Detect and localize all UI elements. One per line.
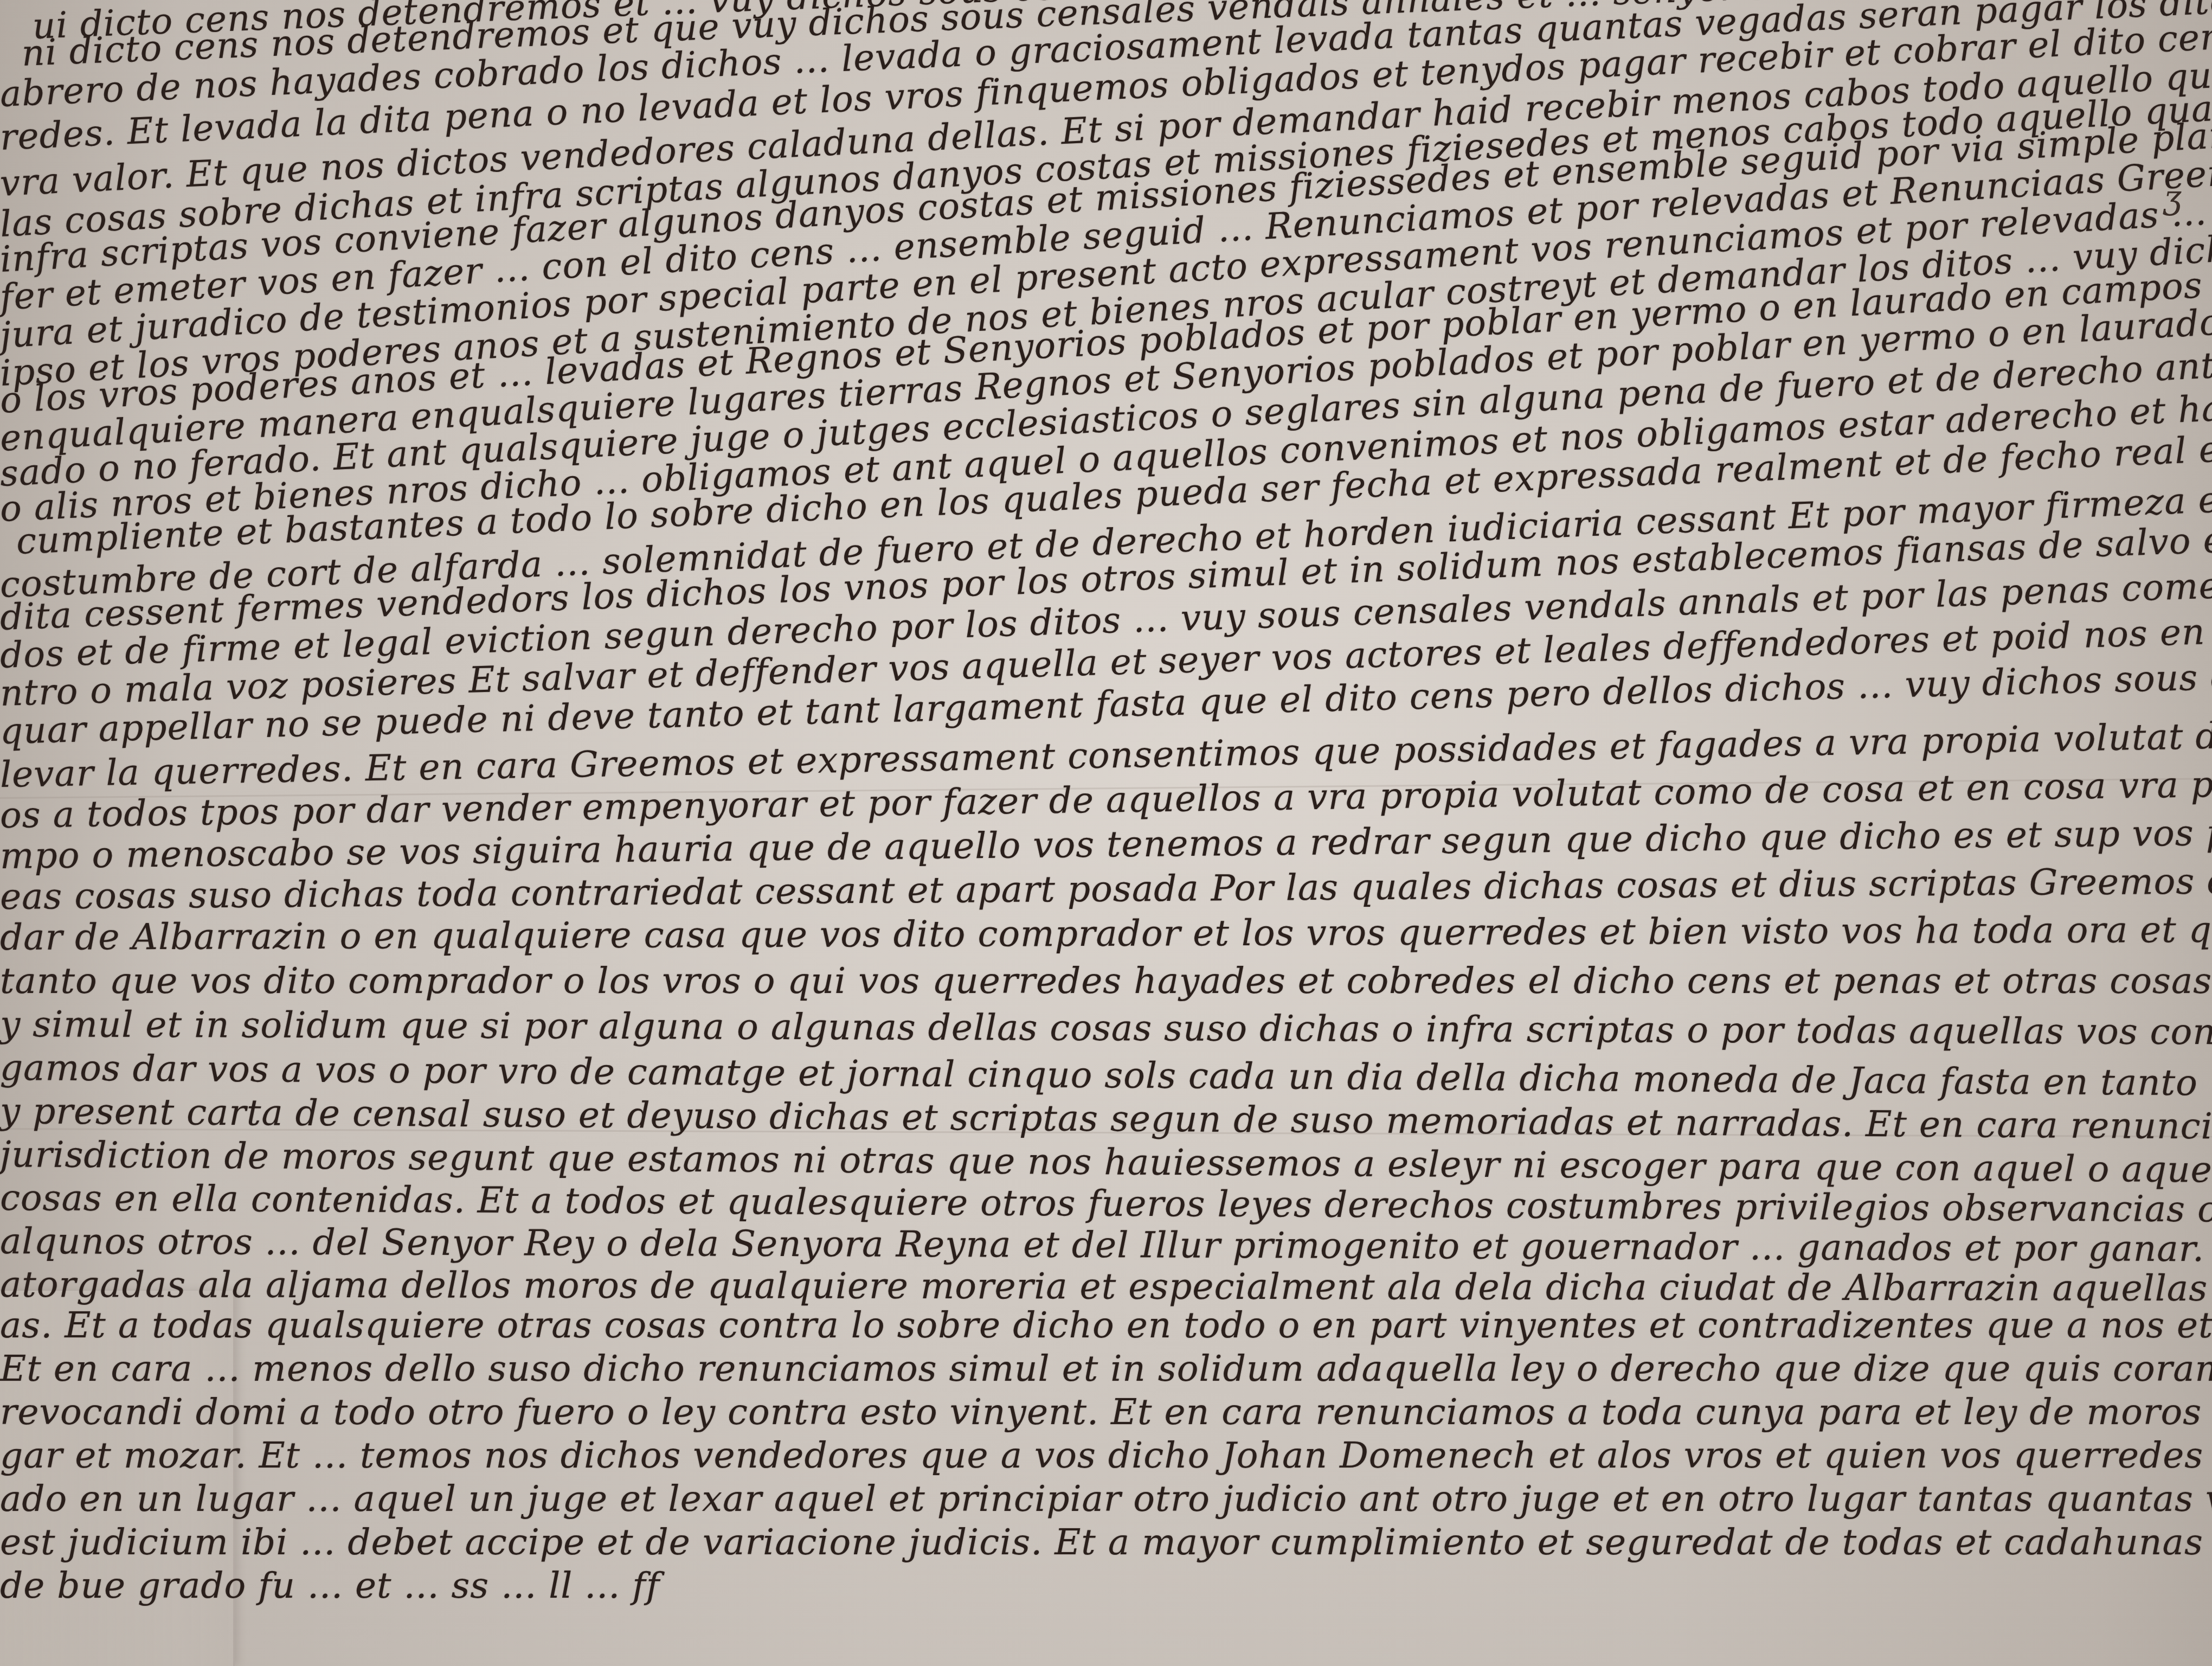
manuscript-line: gar et mozar. Et ... temos nos dichos ve… <box>0 1434 2212 1476</box>
manuscript-line: tanto que vos dito comprador o los vros … <box>0 960 2212 1002</box>
handwritten-text-block: ui dicto cens nos detendremos et ... vuy… <box>0 0 2212 1666</box>
manuscript-page: ui dicto cens nos detendremos et ... vuy… <box>0 0 2212 1666</box>
manuscript-line: y simul et in solidum que si por alguna … <box>0 1003 2212 1055</box>
manuscript-line: est judicium ibi ... debet accipe et de … <box>0 1521 2212 1563</box>
manuscript-line: atorgadas ala aljama dellos moros de qua… <box>0 1264 2212 1310</box>
manuscript-line: ado en un lugar ... aquel un juge et lex… <box>0 1478 2212 1520</box>
manuscript-line: as. Et a todas qualsquiere otras cosas c… <box>0 1304 2212 1346</box>
manuscript-line: revocandi domi a todo otro fuero o ley c… <box>0 1391 2212 1433</box>
manuscript-line: Et en cara ... menos dello suso dicho re… <box>0 1348 2212 1389</box>
manuscript-line: alqunos otros ... del Senyor Rey o dela … <box>0 1220 2212 1270</box>
manuscript-line: de bue grado fu ... et ... ss ... ll ...… <box>0 1565 660 1606</box>
marginal-mark: ʒ <box>2163 179 2182 217</box>
